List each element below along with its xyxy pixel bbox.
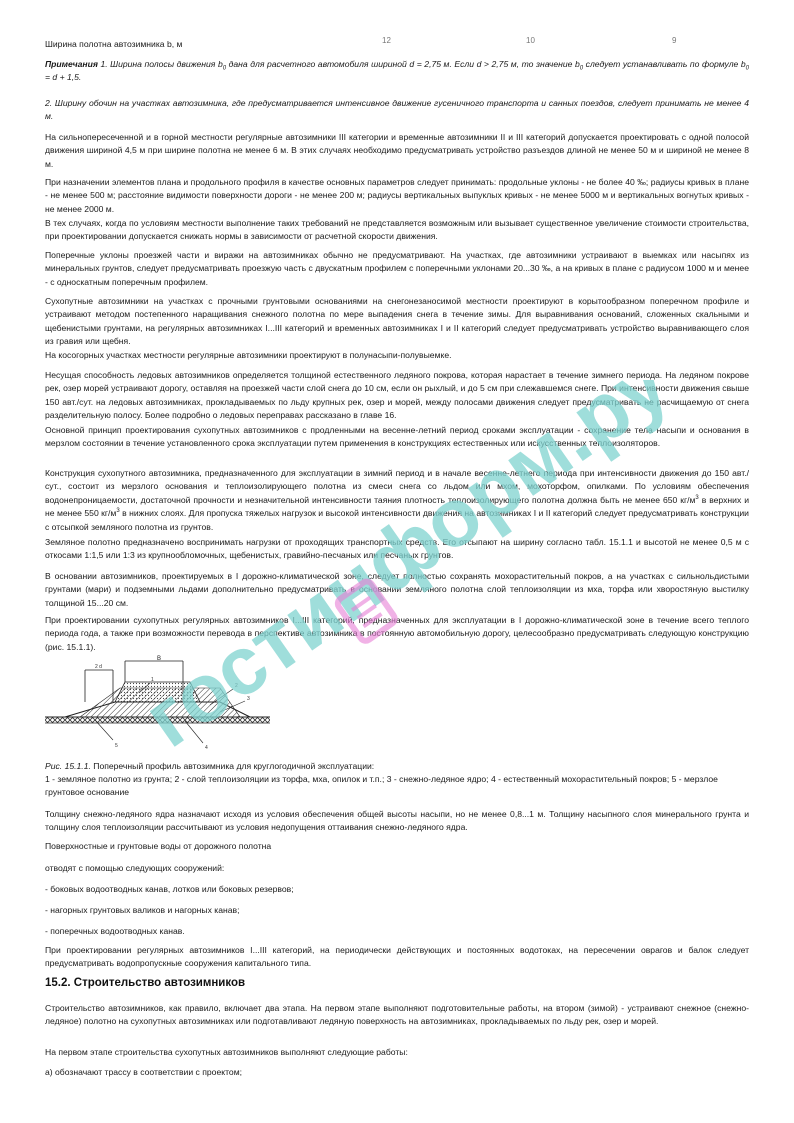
paragraph: Основной принцип проектирования сухопутн… [45,424,749,451]
svg-text:2: 2 [235,683,238,689]
table-value-3: 9 [672,34,676,47]
notes-label: Примечания [45,59,98,69]
paragraph: На первом этапе строительства сухопутных… [45,1046,749,1059]
svg-text:5: 5 [115,743,118,749]
table-row-label: Ширина полотна автозимника b, м [45,38,749,51]
paragraph: Конструкция сухопутного автозимника, пре… [45,467,749,534]
paragraph: Поперечные уклоны проезжей части и вираж… [45,249,749,289]
svg-text:4: 4 [205,745,208,751]
table-value-1: 12 [382,34,391,47]
svg-text:B: B [157,656,161,662]
list-item: - нагорных грунтовых валиков и нагорных … [45,904,749,917]
table-value-2: 10 [526,34,535,47]
paragraph: При назначении элементов плана и продоль… [45,176,749,216]
paragraph: В тех случаях, когда по условиям местнос… [45,217,749,244]
svg-text:3: 3 [247,696,250,702]
paragraph: При проектировании регулярных автозимник… [45,944,749,971]
cross-section-figure: 2 d B 1 2 3 4 5 [45,655,275,755]
svg-text:1: 1 [151,677,154,683]
paragraph: Толщину снежно-ледяного ядра назначают и… [45,808,749,835]
section-heading: 15.2. Строительство автозимников [45,977,245,990]
list-item: - поперечных водоотводных канав. [45,925,749,938]
paragraph: На сильнопересеченной и в горной местнос… [45,131,749,171]
paragraph: Земляное полотно предназначено восприним… [45,536,749,563]
paragraph: При проектировании сухопутных регулярных… [45,614,749,654]
paragraph: В основании автозимников, проектируемых … [45,570,749,610]
paragraph: Сухопутные автозимники на участках с про… [45,295,749,349]
figure-legend: 1 - земляное полотно из грунта; 2 - слой… [45,773,749,800]
svg-text:2 d: 2 d [95,664,102,670]
paragraph: а) обозначают трассу в соответствии с пр… [45,1066,749,1079]
paragraph: Несущая способность ледовых автозимников… [45,369,749,423]
paragraph: отводят с помощью следующих сооружений: [45,862,749,875]
figure-caption: Рис. 15.1.1. Поперечный профиль автозимн… [45,760,749,773]
paragraph: Поверхностные и грунтовые воды от дорожн… [45,840,749,853]
road-profile-diagram: 2 d B 1 2 3 4 5 [45,655,275,755]
paragraph: Строительство автозимников, как правило,… [45,1002,749,1029]
note-2: 2. Ширину обочин на участках автозимника… [45,97,749,124]
paragraph: На косогорных участках местности регуляр… [45,349,749,362]
list-item: - боковых водоотводных канав, лотков или… [45,883,749,896]
note-1: Примечания 1. Ширина полосы движения b0 … [45,58,749,85]
